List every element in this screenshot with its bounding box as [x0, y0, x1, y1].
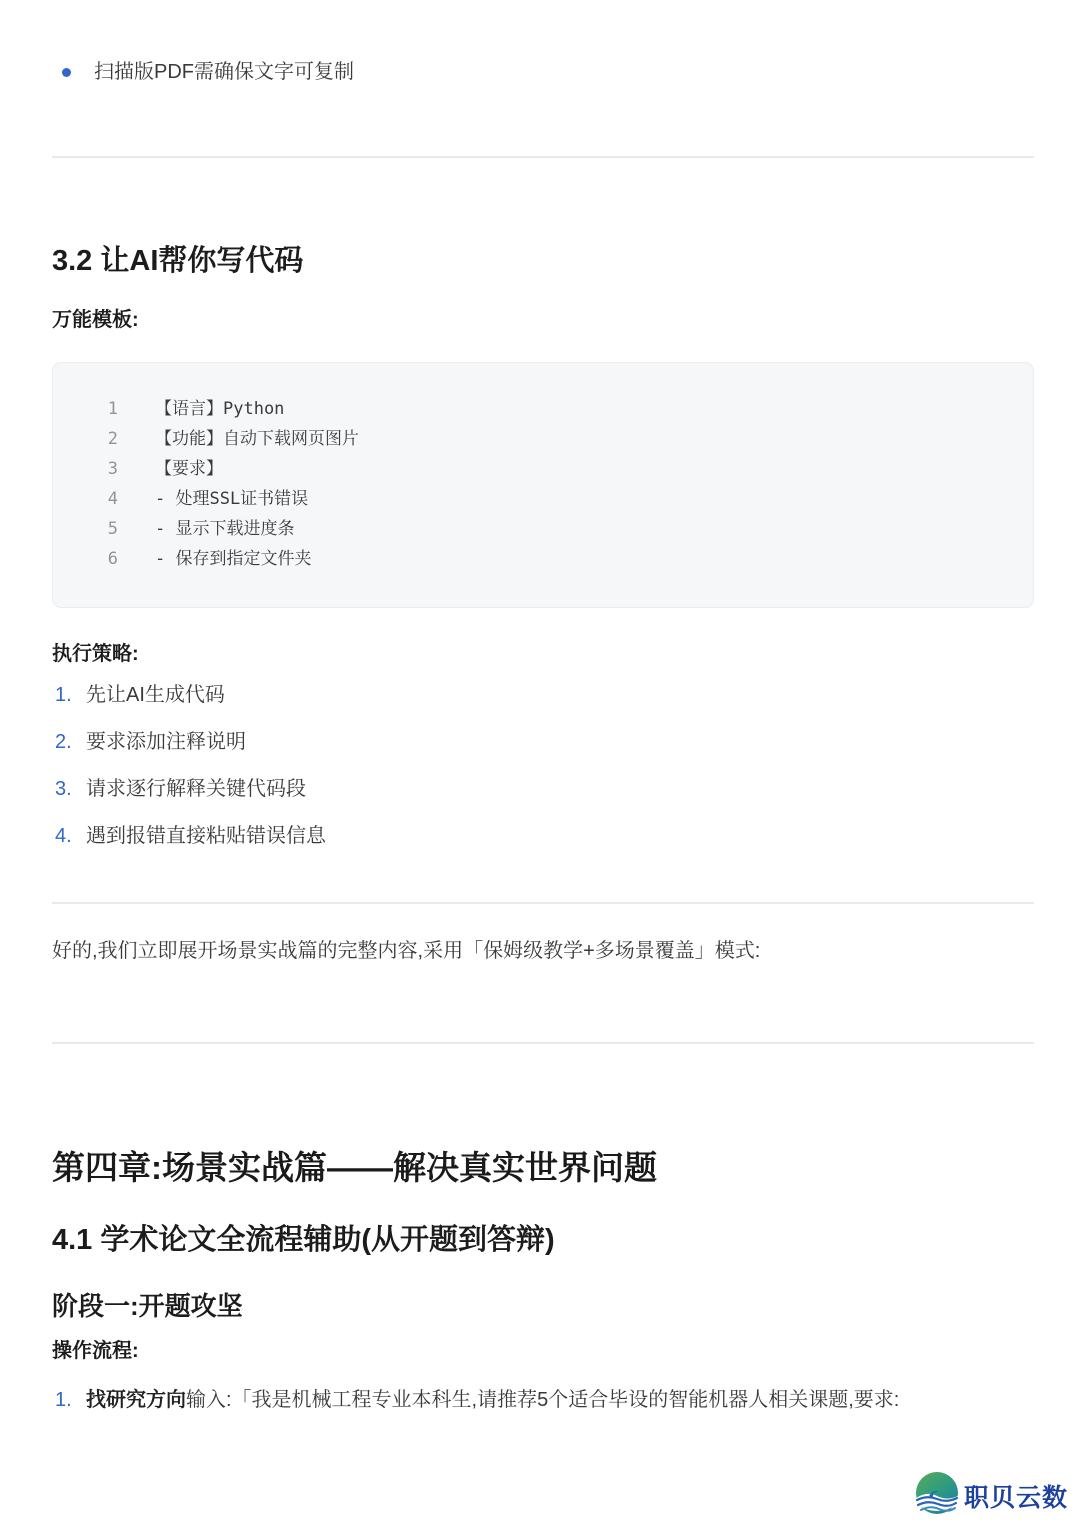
- strategy-list: 1. 先让AI生成代码 2. 要求添加注释说明 3. 请求逐行解释关键代码段 4…: [52, 681, 1034, 850]
- code-text: 【语言】Python: [155, 394, 284, 424]
- line-number: 4: [53, 484, 118, 514]
- template-label: 万能模板:: [52, 306, 1034, 334]
- section-divider: [52, 156, 1034, 158]
- list-item: 1. 找研究方向输入:「我是机械工程专业本科生,请推荐5个适合毕设的智能机器人相…: [52, 1377, 1034, 1423]
- code-line: 1 【语言】Python: [53, 394, 1013, 424]
- list-item: 2. 要求添加注释说明: [52, 728, 1034, 756]
- code-line: 4 - 处理SSL证书错误: [53, 484, 1013, 514]
- chapter-heading: 第四章:场景实战篇——解决真实世界问题: [52, 1146, 1034, 1189]
- brand-watermark: 职贝云数: [915, 1471, 1068, 1520]
- bullet-text: 扫描版PDF需确保文字可复制: [94, 58, 354, 86]
- list-item: 3. 请求逐行解释关键代码段: [52, 775, 1034, 803]
- code-block: 1 【语言】Python 2 【功能】自动下载网页图片 3 【要求】 4 - 处…: [52, 362, 1034, 608]
- code-text: - 显示下载进度条: [155, 514, 294, 544]
- list-item-number: 1.: [55, 681, 86, 709]
- step-lead-text: 找研究方向: [86, 1389, 186, 1411]
- process-label: 操作流程:: [52, 1337, 1034, 1365]
- step-body-text: 输入:「我是机械工程专业本科生,请推荐5个适合毕设的智能机器人相关课题,要求:: [186, 1389, 899, 1411]
- bullet-marker-icon: [62, 68, 71, 77]
- code-text: 【要求】: [155, 454, 223, 484]
- section-divider: [52, 902, 1034, 904]
- line-number: 3: [53, 454, 118, 484]
- code-line: 3 【要求】: [53, 454, 1013, 484]
- code-text: - 保存到指定文件夹: [155, 544, 311, 574]
- list-item: 1. 先让AI生成代码: [52, 681, 1034, 709]
- list-item: 4. 遇到报错直接粘贴错误信息: [52, 822, 1034, 850]
- strategy-label: 执行策略:: [52, 640, 1034, 668]
- section-heading-4-1: 4.1 学术论文全流程辅助(从开题到答辩): [52, 1221, 1034, 1259]
- code-line: 6 - 保存到指定文件夹: [53, 544, 1013, 574]
- list-item-text: 遇到报错直接粘贴错误信息: [86, 822, 326, 850]
- list-item-text: 请求逐行解释关键代码段: [86, 775, 306, 803]
- list-item-number: 3.: [55, 775, 86, 803]
- line-number: 5: [53, 514, 118, 544]
- stage-heading: 阶段一:开题攻坚: [52, 1289, 1034, 1323]
- line-number: 2: [53, 424, 118, 454]
- list-item-text: 找研究方向输入:「我是机械工程专业本科生,请推荐5个适合毕设的智能机器人相关课题…: [86, 1377, 899, 1423]
- list-item-number: 2.: [55, 728, 86, 756]
- brand-wave-icon: [915, 1471, 959, 1520]
- article-page: 扫描版PDF需确保文字可复制 3.2 让AI帮你写代码 万能模板: 1 【语言】…: [0, 0, 1080, 1423]
- transition-paragraph: 好的,我们立即展开场景实战篇的完整内容,采用「保姆级教学+多场景覆盖」模式:: [52, 936, 1034, 966]
- list-item-number: 1.: [55, 1377, 86, 1423]
- list-item-text: 先让AI生成代码: [86, 681, 225, 709]
- process-step-list: 1. 找研究方向输入:「我是机械工程专业本科生,请推荐5个适合毕设的智能机器人相…: [52, 1377, 1034, 1423]
- bullet-list-item: 扫描版PDF需确保文字可复制: [52, 58, 1034, 86]
- list-item-text: 要求添加注释说明: [86, 728, 246, 756]
- code-text: - 处理SSL证书错误: [155, 484, 308, 514]
- line-number: 6: [53, 544, 118, 574]
- code-text: 【功能】自动下载网页图片: [155, 424, 359, 454]
- code-line: 5 - 显示下载进度条: [53, 514, 1013, 544]
- brand-name: 职贝云数: [964, 1478, 1068, 1514]
- code-line: 2 【功能】自动下载网页图片: [53, 424, 1013, 454]
- section-heading-3-2: 3.2 让AI帮你写代码: [52, 242, 1034, 280]
- list-item-number: 4.: [55, 822, 86, 850]
- section-divider: [52, 1042, 1034, 1044]
- line-number: 1: [53, 394, 118, 424]
